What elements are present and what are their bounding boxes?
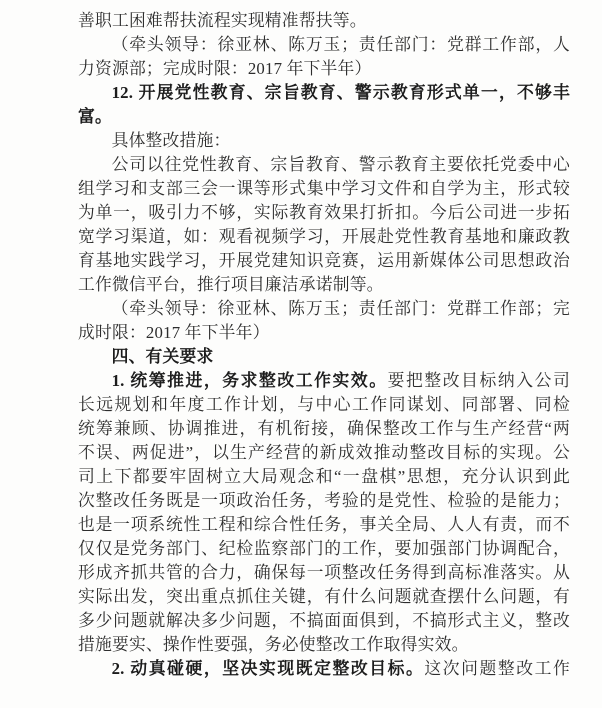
text-line: 四、有关要求 (78, 345, 570, 369)
text-line: 统筹兼顾、协调推进，有机衔接，确保整改工作与生产经营“两 (78, 417, 570, 441)
text-segment: 育基地实践学习，开展党建知识竞赛，运用新媒体公司思想政治 (78, 251, 570, 270)
text-segment: 统筹兼顾、协调推进，有机衔接，确保整改工作与生产经营“两 (78, 419, 570, 438)
text-line: 形成齐抓共管的合力，确保每一项整改任务得到高标准落实。从 (78, 561, 570, 585)
text-segment: 措施要实、操作性要强，务必使整改工作取得实效。 (78, 635, 469, 654)
bold-text-segment: 12. 开展党性教育、宗旨教育、警示教育形式单一，不够丰 (112, 83, 570, 102)
document-page: 善职工困难帮扶流程实现精准帮扶等。（牵头领导：徐亚林、陈万玉；责任部门：党群工作… (0, 0, 602, 708)
text-line: 12. 开展党性教育、宗旨教育、警示教育形式单一，不够丰 (78, 81, 570, 105)
text-segment: 不误、两促进”，以生产经营的新成效推动整改目标的实现。公 (78, 443, 570, 462)
text-line: 长远规划和年度工作计划，与中心工作同谋划、同部署、同检查， (78, 393, 570, 417)
text-segment: 成时限：2017 年下半年） (78, 323, 270, 342)
text-line: （牵头领导：徐亚林、陈万玉；责任部门：党群工作部，人 (78, 33, 570, 57)
text-segment: 善职工困难帮扶流程实现精准帮扶等。 (78, 11, 367, 30)
text-segment: （牵头领导：徐亚林、陈万玉；责任部门：党群工作部，人 (112, 35, 570, 54)
text-line: 力资源部；完成时限：2017 年下半年） (78, 57, 570, 81)
text-segment: 为单一，吸引力不够，实际教育效果打折扣。今后公司进一步拓 (78, 203, 570, 222)
text-segment: 组学习和支部三会一课等形式集中学习文件和自学为主，形式较 (78, 179, 570, 198)
bold-text-segment: 1. 统筹推进，务求整改工作实效。 (112, 371, 388, 390)
document-text-block: 善职工困难帮扶流程实现精准帮扶等。（牵头领导：徐亚林、陈万玉；责任部门：党群工作… (78, 9, 570, 681)
text-segment: 次整改任务既是一项政治任务，考验的是党性、检验的是能力； (78, 491, 570, 510)
text-segment: 形成齐抓共管的合力，确保每一项整改任务得到高标准落实。从 (78, 563, 570, 582)
text-segment: 仅仅是党务部门、纪检监察部门的工作，要加强部门协调配合， (78, 539, 570, 558)
bold-text-segment: 富。 (78, 107, 112, 126)
text-line: 宽学习渠道，如：观看视频学习，开展赴党性教育基地和廉政教 (78, 225, 570, 249)
text-line: 不误、两促进”，以生产经营的新成效推动整改目标的实现。公 (78, 441, 570, 465)
text-line: 成时限：2017 年下半年） (78, 321, 570, 345)
text-line: 实际出发，突出重点抓住关键，有什么问题就查摆什么问题，有 (78, 585, 570, 609)
text-line: 富。 (78, 105, 570, 129)
text-segment: 宽学习渠道，如：观看视频学习，开展赴党性教育基地和廉政教 (78, 227, 570, 246)
bold-text-segment: 四、有关要求 (112, 347, 214, 366)
text-segment: 公司以往党性教育、宗旨教育、警示教育主要依托党委中心 (112, 155, 570, 174)
text-segment: 多少问题就解决多少问题，不搞面面俱到，不搞形式主义，整改 (78, 611, 570, 630)
text-line: 多少问题就解决多少问题，不搞面面俱到，不搞形式主义，整改 (78, 609, 570, 633)
text-segment: 工作微信平台，推行项目廉洁承诺制等。 (78, 275, 384, 294)
text-line: 具体整改措施： (78, 129, 570, 153)
text-line: 为单一，吸引力不够，实际教育效果打折扣。今后公司进一步拓 (78, 201, 570, 225)
text-line: （牵头领导：徐亚林、陈万玉；责任部门：党群工作部；完 (78, 297, 570, 321)
text-segment: 也是一项系统性工程和综合性任务，事关全局、人人有责，而不 (78, 515, 570, 534)
text-line: 1. 统筹推进，务求整改工作实效。要把整改目标纳入公司 (78, 369, 570, 393)
text-segment: 力资源部；完成时限：2017 年下半年） (78, 59, 371, 78)
text-line: 司上下都要牢固树立大局观念和“一盘棋”思想，充分认识到此 (78, 465, 570, 489)
text-segment: 具体整改措施： (112, 131, 231, 150)
text-segment: 司上下都要牢固树立大局观念和“一盘棋”思想，充分认识到此 (78, 467, 570, 486)
text-segment: 要把整改目标纳入公司 (388, 371, 570, 390)
text-segment: 实际出发，突出重点抓住关键，有什么问题就查摆什么问题，有 (78, 587, 570, 606)
text-line: 仅仅是党务部门、纪检监察部门的工作，要加强部门协调配合， (78, 537, 570, 561)
text-line: 措施要实、操作性要强，务必使整改工作取得实效。 (78, 633, 570, 657)
text-segment: （牵头领导：徐亚林、陈万玉；责任部门：党群工作部；完 (112, 299, 570, 318)
text-line: 组学习和支部三会一课等形式集中学习文件和自学为主，形式较 (78, 177, 570, 201)
text-line: 育基地实践学习，开展党建知识竞赛，运用新媒体公司思想政治 (78, 249, 570, 273)
text-line: 也是一项系统性工程和综合性任务，事关全局、人人有责，而不 (78, 513, 570, 537)
bold-text-segment: 2. 动真碰硬，坚决实现既定整改目标。 (112, 659, 425, 678)
text-line: 2. 动真碰硬，坚决实现既定整改目标。这次问题整改工作 (78, 657, 570, 681)
text-line: 工作微信平台，推行项目廉洁承诺制等。 (78, 273, 570, 297)
text-line: 次整改任务既是一项政治任务，考验的是党性、检验的是能力； (78, 489, 570, 513)
text-segment: 长远规划和年度工作计划，与中心工作同谋划、同部署、同检查， (78, 395, 570, 417)
text-segment: 这次问题整改工作 (424, 659, 570, 678)
text-line: 善职工困难帮扶流程实现精准帮扶等。 (78, 9, 570, 33)
text-line: 公司以往党性教育、宗旨教育、警示教育主要依托党委中心 (78, 153, 570, 177)
